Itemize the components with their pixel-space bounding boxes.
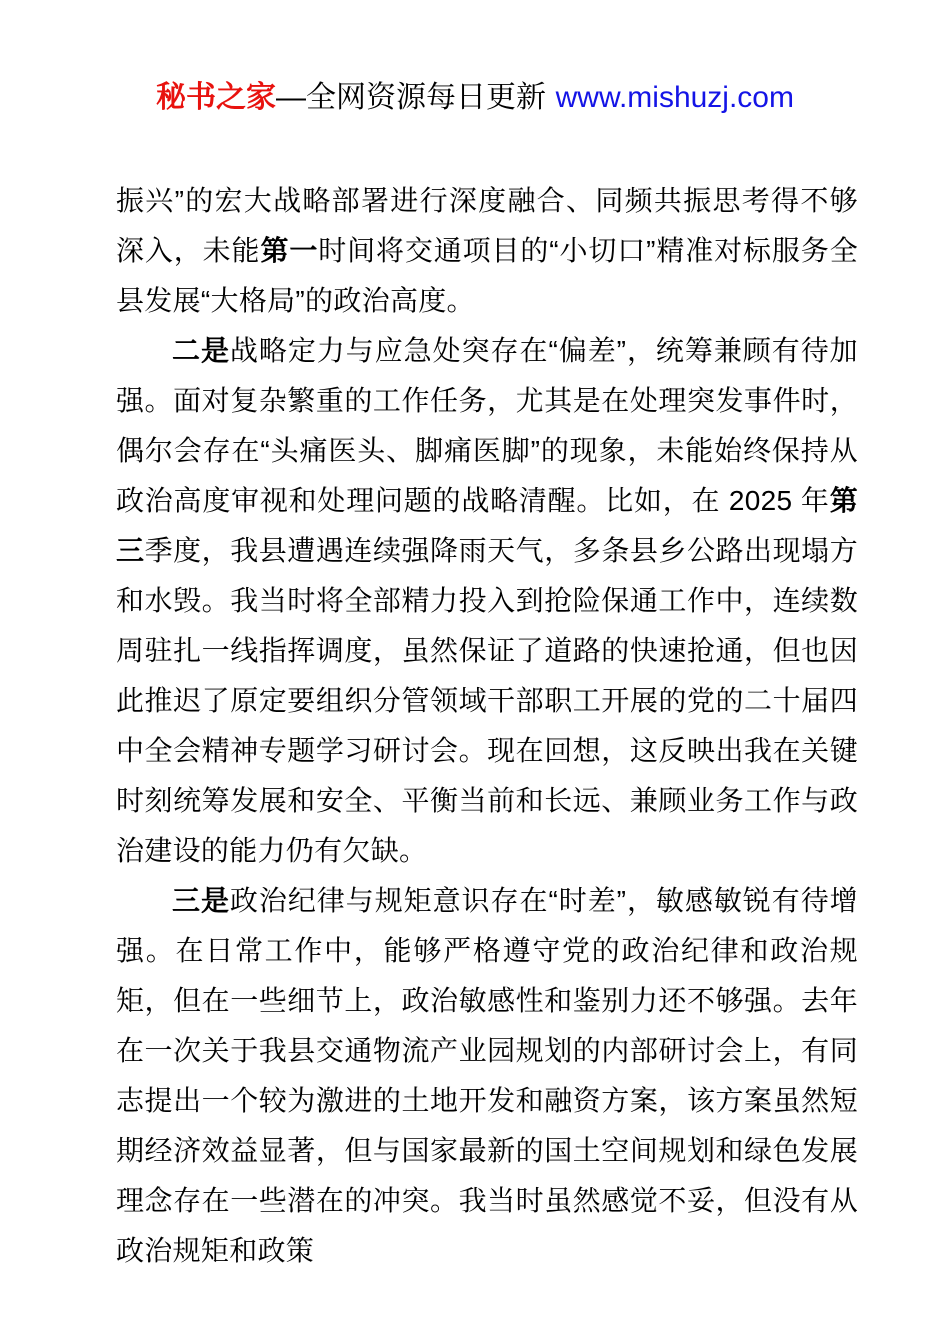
- document-body: 振兴”的宏大战略部署进行深度融合、同频共振思考得不够深入，未能第一时间将交通项目…: [116, 176, 858, 1276]
- bold-text-run: 三是: [172, 885, 230, 916]
- bold-text-run: 二是: [172, 335, 230, 366]
- site-url-link[interactable]: www.mishuzj.com: [556, 81, 794, 114]
- bold-text-run: 第一: [260, 235, 318, 266]
- paragraph-2: 二是战略定力与应急处突存在“偏差”，统筹兼顾有待加强。面对复杂繁重的工作任务，尤…: [116, 326, 858, 876]
- text-run: 政治纪律与规矩意识存在“时差”，敏感敏锐有待增强。在日常工作中，能够严格遵守党的…: [116, 885, 858, 1266]
- site-header: 秘书之家—全网资源每日更新www.mishuzj.com: [0, 76, 950, 120]
- site-tagline: 全网资源每日更新: [306, 81, 546, 114]
- em-dash-separator: —: [276, 81, 306, 114]
- document-page: 秘书之家—全网资源每日更新www.mishuzj.com 振兴”的宏大战略部署进…: [0, 0, 950, 1344]
- paragraph-1: 振兴”的宏大战略部署进行深度融合、同频共振思考得不够深入，未能第一时间将交通项目…: [116, 176, 858, 326]
- text-run: 季度，我县遭遇连续强降雨天气，多条县乡公路出现塌方和水毁。我当时将全部精力投入到…: [116, 535, 858, 866]
- site-brand: 秘书之家: [156, 81, 276, 114]
- paragraph-3: 三是政治纪律与规矩意识存在“时差”，敏感敏锐有待增强。在日常工作中，能够严格遵守…: [116, 876, 858, 1276]
